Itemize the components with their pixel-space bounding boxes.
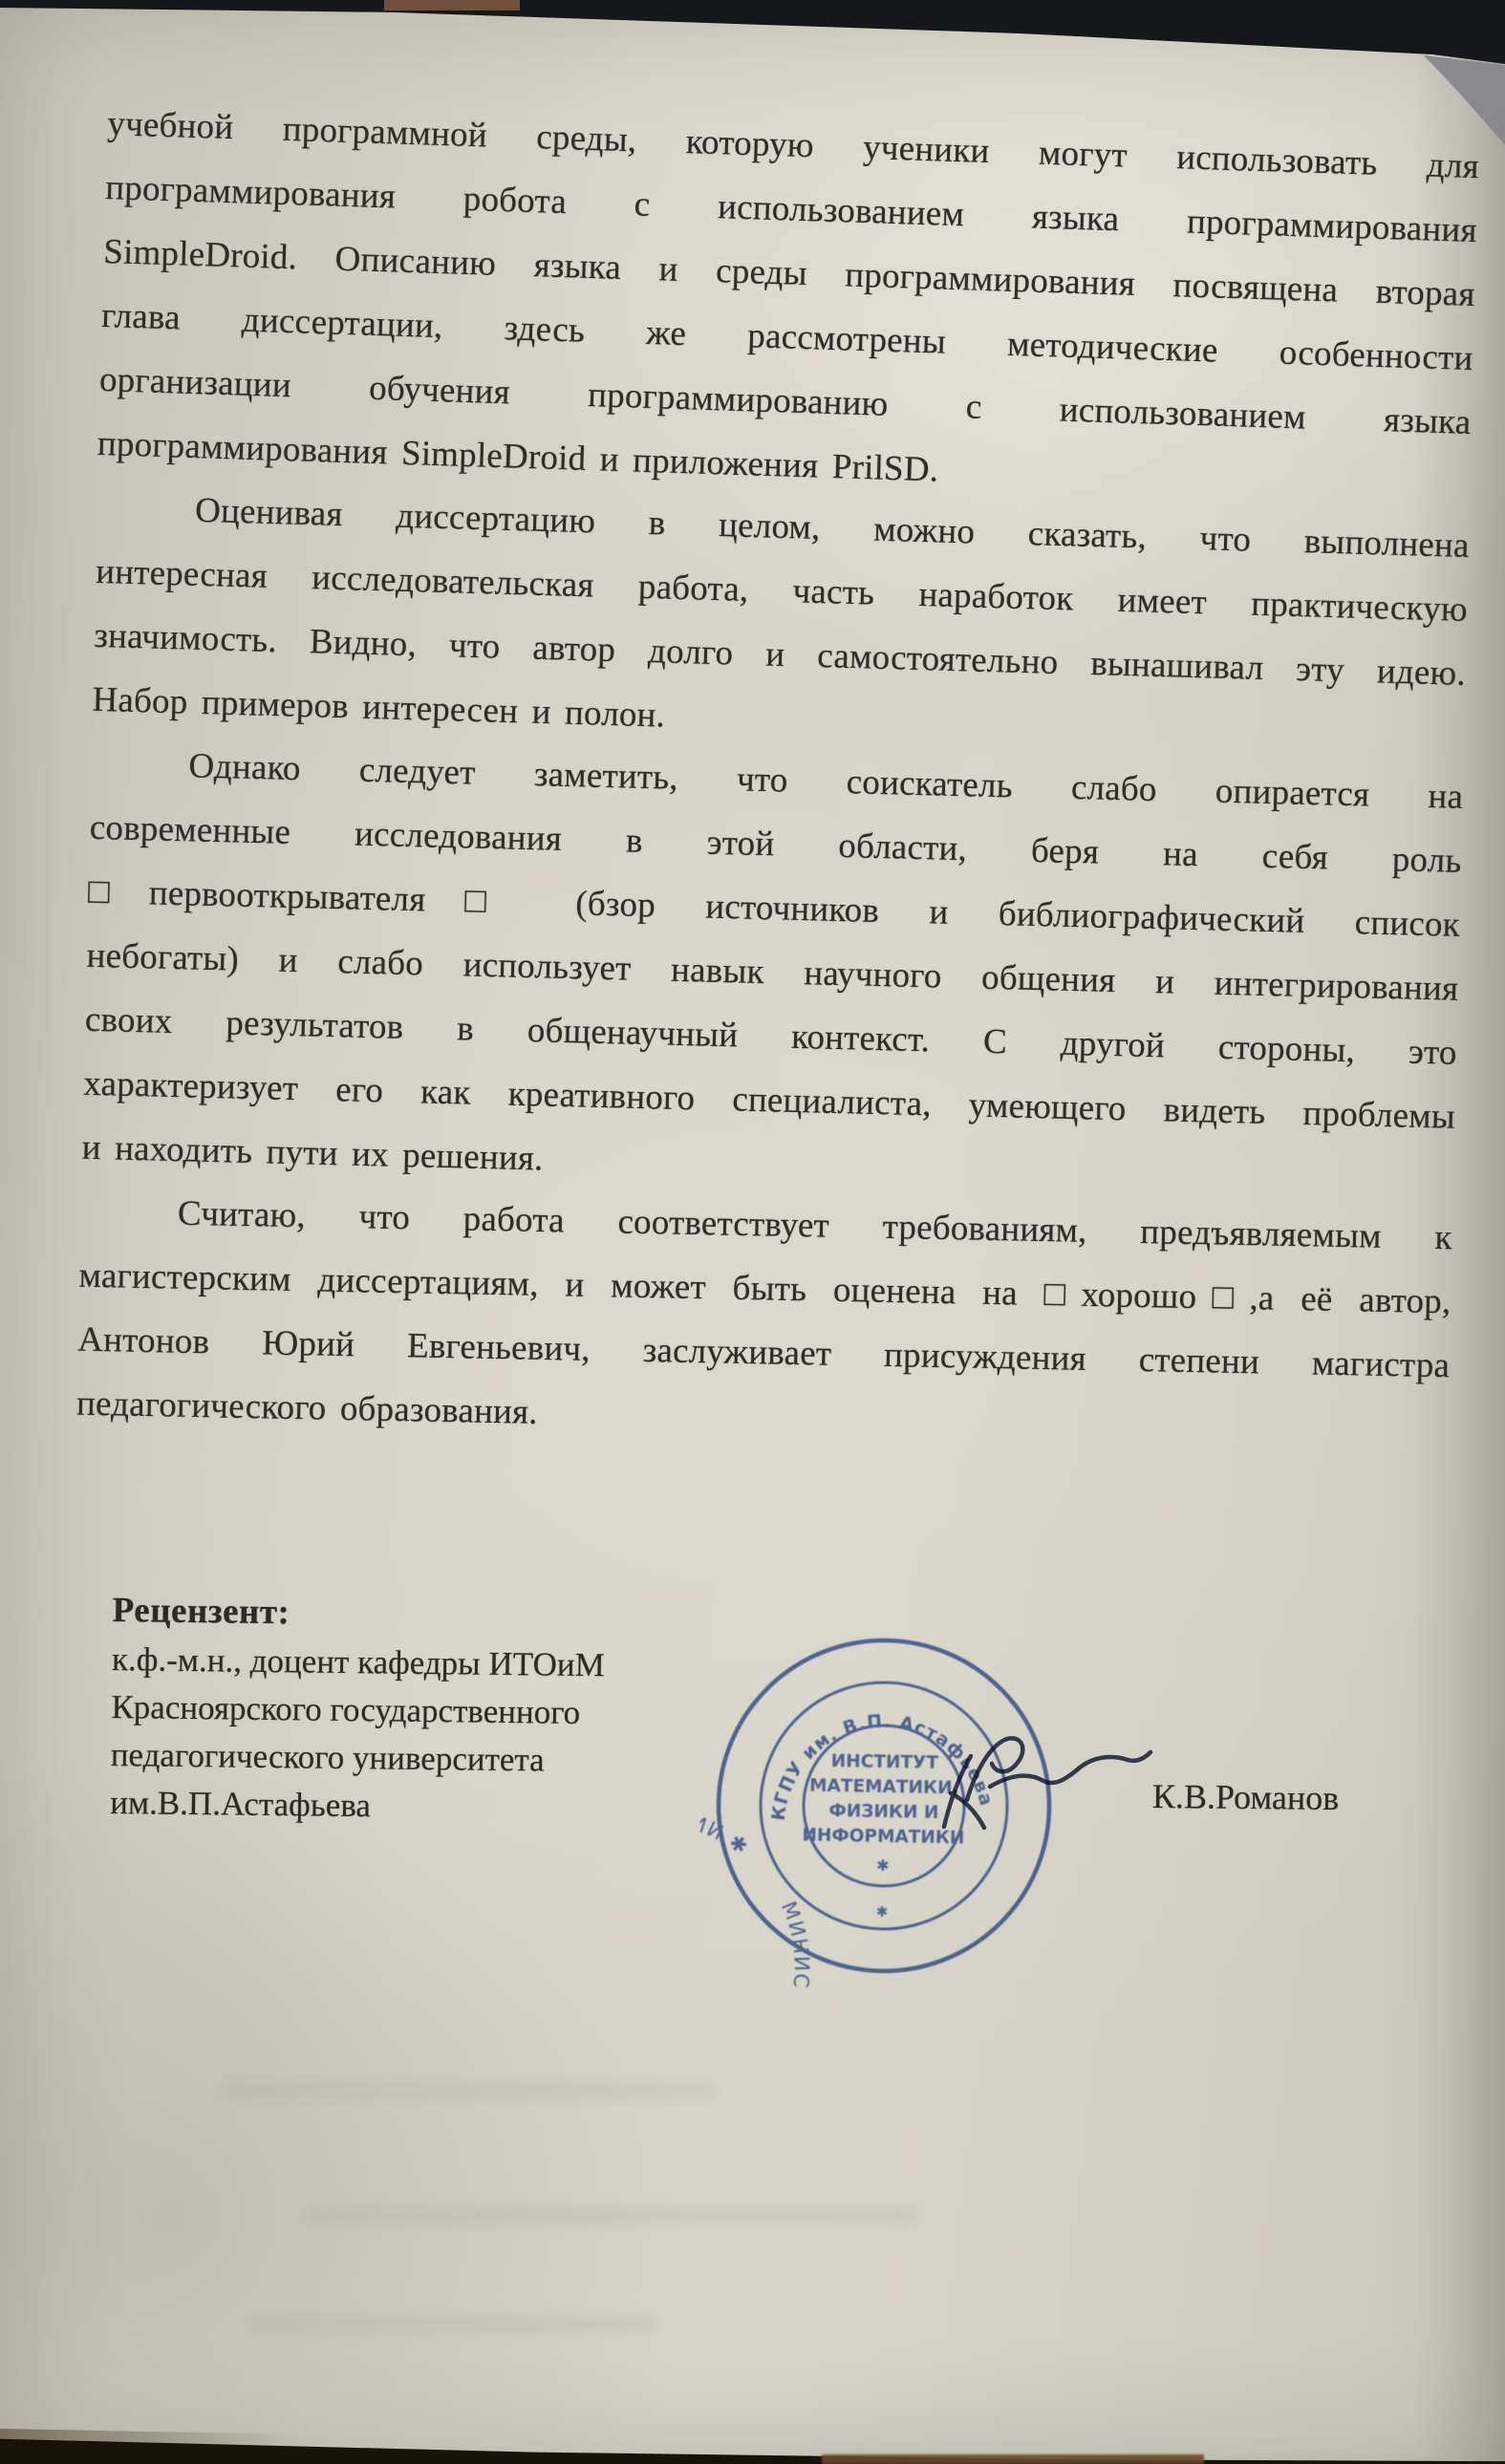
stamp-star-icon: ✱ <box>876 1903 889 1920</box>
signature-strokes <box>944 1738 1150 1828</box>
show-through-smudge <box>248 2317 659 2332</box>
table-edge-glimpse <box>384 0 520 11</box>
document-photo: учебной программной среды, которую учени… <box>0 0 1505 2464</box>
stamp-outer-ring-text: МИНИСТЕРСТВО ОБРАЗОВАНИЯ И НАУКИ РОССИЙС… <box>698 1803 816 1993</box>
reviewer-line: им.В.П.Астафьева <box>110 1779 603 1832</box>
reviewer-label: Рецензент: <box>112 1586 605 1641</box>
reviewer-block: Рецензент: к.ф.-м.н., доцент кафедры ИТО… <box>110 1586 606 1832</box>
stamp-star-icon: ✱ <box>876 1856 890 1875</box>
reviewer-line: Красноярского государственного <box>111 1683 604 1737</box>
table-edge-bottom <box>822 2454 1204 2464</box>
reviewer-line: педагогического университета <box>111 1731 604 1785</box>
paragraph: учебной программной среды, которую учени… <box>97 92 1480 519</box>
reviewer-line: к.ф.-м.н., доцент кафедры ИТОиМ <box>112 1636 605 1689</box>
svg-text:МИНИСТЕРСТВО ОБРАЗОВАНИЯ И НАУ: МИНИСТЕРСТВО ОБРАЗОВАНИЯ И НАУКИ РОССИЙС… <box>698 1803 816 1993</box>
paragraph: Считаю, что работа соответствует требова… <box>75 1180 1452 1463</box>
handwritten-signature <box>898 1701 1223 1853</box>
show-through-smudge <box>306 2207 917 2224</box>
document-body-text: учебной программной среды, которую учени… <box>75 92 1479 1468</box>
show-through-smudge <box>220 2083 717 2098</box>
paragraph: Оценивая диссертацию в целом, можно сказ… <box>92 476 1471 770</box>
paragraph: Однако следует заметить, что соискатель … <box>81 732 1464 1213</box>
